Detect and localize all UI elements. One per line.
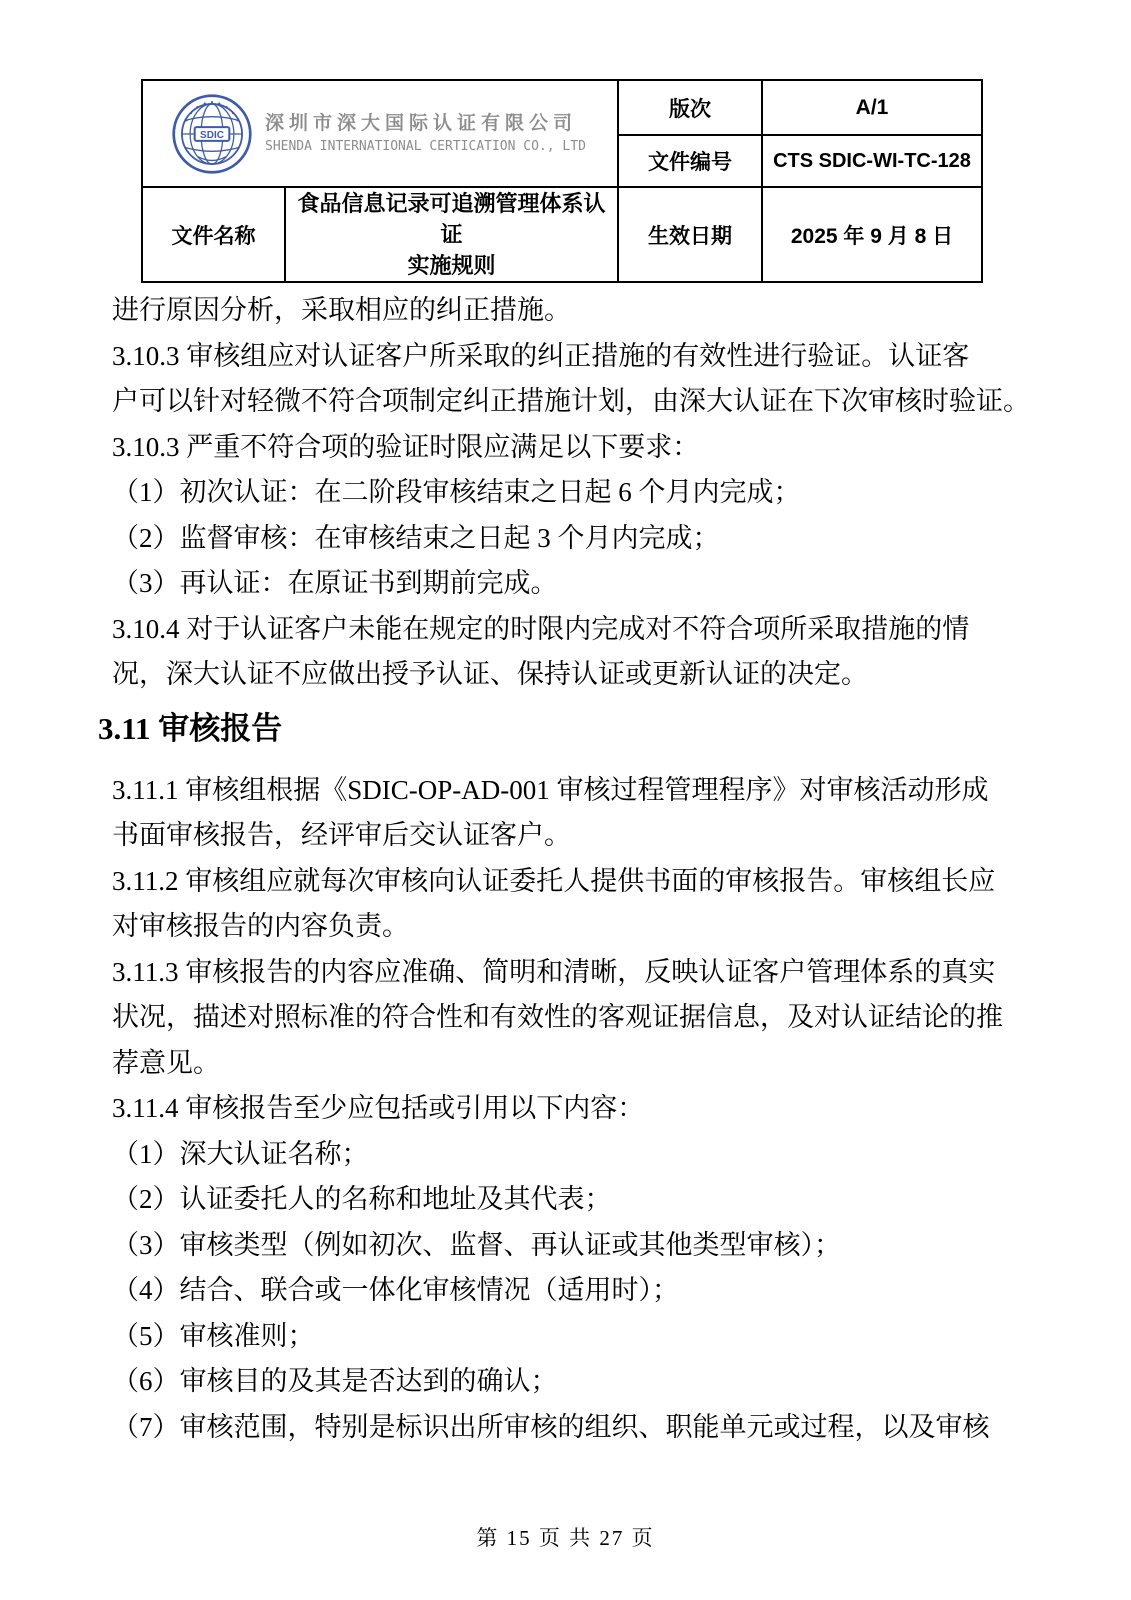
effective-date-label: 生效日期 <box>618 187 762 282</box>
body-line: 3.10.3 严重不符合项的验证时限应满足以下要求： <box>112 425 1131 471</box>
version-value: A/1 <box>762 80 982 135</box>
body-line: （3）审核类型（例如初次、监督、再认证或其他类型审核）； <box>112 1223 1131 1269</box>
body-line: （5）审核准则； <box>112 1314 1131 1360</box>
sdic-badge-text: SDIC <box>200 130 224 141</box>
doc-title-line1: 食品信息记录可追溯管理体系认证 <box>290 188 613 250</box>
body-line: （3）再认证：在原证书到期前完成。 <box>112 561 1131 607</box>
org-logo-cell: SDIC 深圳市深大国际认证有限公司 SHENDA INTERNATIONAL … <box>142 80 618 187</box>
body-line: （2）认证委托人的名称和地址及其代表； <box>112 1177 1131 1223</box>
body-line: （4）结合、联合或一体化审核情况（适用时）； <box>112 1268 1131 1314</box>
doc-title: 食品信息记录可追溯管理体系认证 实施规则 <box>285 187 618 282</box>
document-page: SDIC 深圳市深大国际认证有限公司 SHENDA INTERNATIONAL … <box>0 0 1131 1600</box>
body-line: 3.10.4 对于认证客户未能在规定的时限内完成对不符合项所采取措施的情 <box>112 607 1131 653</box>
body-line: 3.11.1 审核组根据《SDIC-OP-AD-001 审核过程管理程序》对审核… <box>112 768 1131 814</box>
org-name-english: SHENDA INTERNATIONAL CERTICATION CO., LT… <box>265 137 586 157</box>
org-name-chinese: 深圳市深大国际认证有限公司 <box>265 111 586 137</box>
document-header-table: SDIC 深圳市深大国际认证有限公司 SHENDA INTERNATIONAL … <box>141 79 983 283</box>
org-name-block: 深圳市深大国际认证有限公司 SHENDA INTERNATIONAL CERTI… <box>265 111 586 157</box>
sdic-globe-logo-icon: SDIC <box>171 93 253 175</box>
version-label: 版次 <box>618 80 762 135</box>
page-number-footer: 第 15 页 共 27 页 <box>0 1522 1131 1552</box>
body-line: 书面审核报告，经评审后交认证客户。 <box>112 813 1131 859</box>
body-line: 3.11.3 审核报告的内容应准确、简明和清晰，反映认证客户管理体系的真实 <box>112 950 1131 996</box>
body-line: 3.11.2 审核组应就每次审核向认证委托人提供书面的审核报告。审核组长应 <box>112 859 1131 905</box>
doc-name-label: 文件名称 <box>142 187 285 282</box>
body-line: （1）深大认证名称； <box>112 1132 1131 1178</box>
body-line: （6）审核目的及其是否达到的确认； <box>112 1359 1131 1405</box>
body-line: 况，深大认证不应做出授予认证、保持认证或更新认证的决定。 <box>112 652 1131 698</box>
doc-number-label: 文件编号 <box>618 135 762 187</box>
body-line: 对审核报告的内容负责。 <box>112 904 1131 950</box>
body-line: 户可以针对轻微不符合项制定纠正措施计划，由深大认证在下次审核时验证。 <box>112 379 1131 425</box>
body-line: 3.11.4 审核报告至少应包括或引用以下内容： <box>112 1086 1131 1132</box>
body-line: 状况，描述对照标准的符合性和有效性的客观证据信息，及对认证结论的推 <box>112 995 1131 1041</box>
document-body: 进行原因分析，采取相应的纠正措施。 3.10.3 审核组应对认证客户所采取的纠正… <box>0 288 1131 1450</box>
effective-date-value: 2025 年 9 月 8 日 <box>762 187 982 282</box>
doc-number-value: CTS SDIC-WI-TC-128 <box>762 135 982 187</box>
body-line: 荐意见。 <box>112 1041 1131 1087</box>
body-line: 3.10.3 审核组应对认证客户所采取的纠正措施的有效性进行验证。认证客 <box>112 334 1131 380</box>
section-heading-3-11: 3.11 审核报告 <box>98 704 1131 754</box>
body-line: （2）监督审核：在审核结束之日起 3 个月内完成； <box>112 516 1131 562</box>
doc-title-line2: 实施规则 <box>290 250 613 281</box>
org-identity: SDIC 深圳市深大国际认证有限公司 SHENDA INTERNATIONAL … <box>171 93 613 175</box>
body-line: （1）初次认证：在二阶段审核结束之日起 6 个月内完成； <box>112 470 1131 516</box>
body-line: （7）审核范围，特别是标识出所审核的组织、职能单元或过程，以及审核 <box>112 1405 1131 1451</box>
body-line: 进行原因分析，采取相应的纠正措施。 <box>112 288 1131 334</box>
